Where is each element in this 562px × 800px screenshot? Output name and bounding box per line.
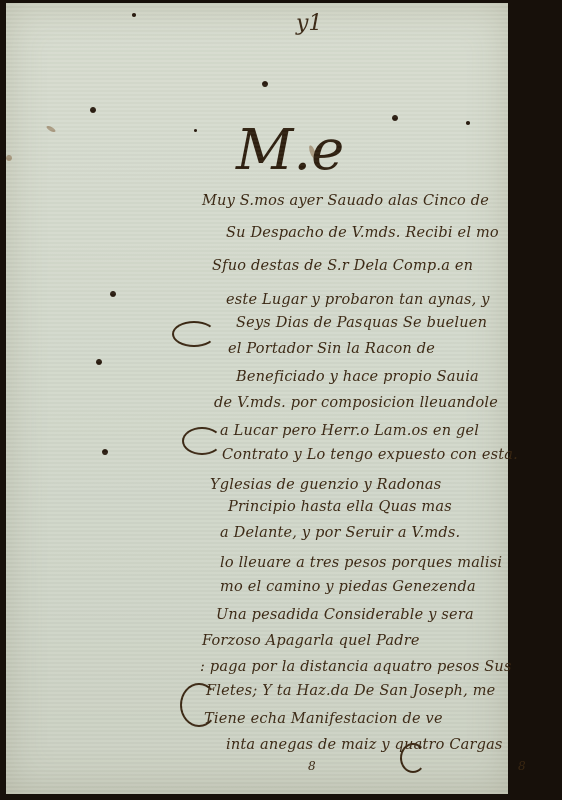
ink-stain xyxy=(6,155,12,161)
ink-dot xyxy=(102,449,108,455)
text-line: Fletes; Y ta Haz.da De San Joseph, me xyxy=(206,683,495,699)
salutation: M.e xyxy=(236,118,344,183)
text-line: Yglesias de guenzio y Radonas xyxy=(210,477,441,493)
text-line: Tiene echa Manifestacion de ve xyxy=(204,711,443,727)
ink-stain xyxy=(308,145,317,160)
text-line: : paga por la distancia aquatro pesos Su… xyxy=(200,659,512,675)
ink-stain xyxy=(46,125,57,133)
text-line: a Lucar pero Herr.o Lam.os en gel xyxy=(220,423,479,439)
flourish-decoration xyxy=(400,743,426,773)
ink-dot xyxy=(110,291,116,297)
ink-dot xyxy=(132,13,136,17)
text-line: de V.mds. por composicion lleuandole xyxy=(214,395,498,411)
text-line: Principio hasta ella Quas mas xyxy=(228,499,452,515)
text-line: lo lleuare a tres pesos porques malisi xyxy=(220,555,502,571)
scan-background: y1 M.e Muy S.mos ayer Sauado alas Cinco … xyxy=(0,0,562,800)
text-line: Sfuo destas de S.r Dela Comp.a en xyxy=(212,258,473,274)
text-line: a Delante, y por Seruir a V.mds. xyxy=(220,525,460,541)
text-line: Una pesadida Considerable y sera xyxy=(216,607,474,623)
manuscript-page: y1 M.e Muy S.mos ayer Sauado alas Cinco … xyxy=(6,3,508,794)
footer-mark: 8 xyxy=(308,759,316,773)
ink-dot xyxy=(194,129,197,132)
ink-dot xyxy=(262,81,268,87)
text-line: Seys Dias de Pasquas Se bueluen xyxy=(236,315,487,331)
text-line: inta anegas de maiz y quatro Cargas xyxy=(226,737,503,753)
flourish-decoration xyxy=(172,321,216,347)
text-line: este Lugar y probaron tan aynas, y xyxy=(226,292,490,308)
text-line: mo el camino y piedas Genezenda xyxy=(220,579,476,595)
text-line: Forzoso Apagarla quel Padre xyxy=(202,633,420,649)
ink-dot xyxy=(392,115,398,121)
folio-number: y1 xyxy=(296,11,322,36)
text-line: Su Despacho de V.mds. Recibi el mo xyxy=(226,225,499,241)
text-line: Contrato y Lo tengo expuesto con esta. xyxy=(222,447,518,463)
text-line: Beneficiado y hace propio Sauia xyxy=(236,369,479,385)
text-line: Muy S.mos ayer Sauado alas Cinco de xyxy=(202,193,489,209)
flourish-decoration xyxy=(182,427,222,455)
ink-dot xyxy=(466,121,470,125)
ink-dot xyxy=(96,359,102,365)
ink-dot xyxy=(90,107,96,113)
footer-mark: 8 xyxy=(518,759,526,773)
flourish-decoration xyxy=(180,683,218,727)
text-line: el Portador Sin la Racon de xyxy=(228,341,435,357)
